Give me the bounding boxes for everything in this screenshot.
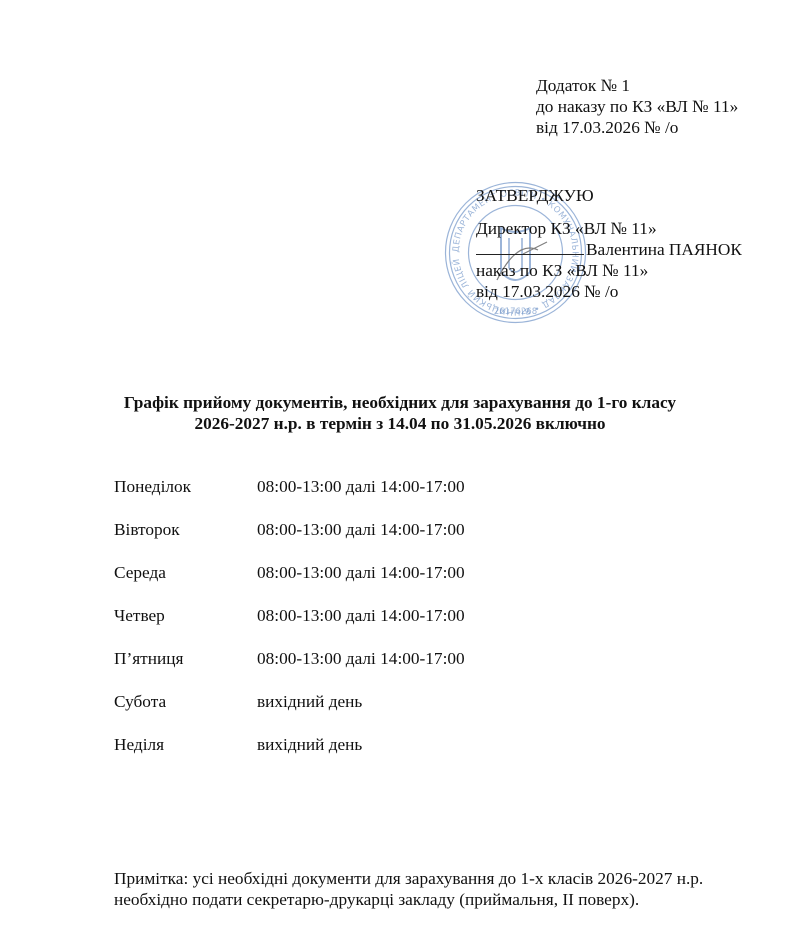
schedule-day: П’ятниця <box>114 649 257 692</box>
schedule-day: Четвер <box>114 606 257 649</box>
approval-heading: ЗАТВЕРДЖУЮ <box>476 185 742 206</box>
schedule-day: Середа <box>114 563 257 606</box>
schedule-hours: 08:00-13:00 далі 14:00-17:00 <box>257 606 465 649</box>
note-line-2: необхідно подати секретарю-друкарці закл… <box>114 889 703 910</box>
title-line-2: 2026-2027 н.р. в термін з 14.04 по 31.05… <box>0 413 800 434</box>
schedule-hours: вихідний день <box>257 692 362 735</box>
schedule-table: Понеділок08:00-13:00 далі 14:00-17:00 Ві… <box>114 477 465 778</box>
schedule-day: Неділя <box>114 735 257 778</box>
document-title: Графік прийому документів, необхідних дл… <box>0 392 800 434</box>
schedule-row: Вівторок08:00-13:00 далі 14:00-17:00 <box>114 520 465 563</box>
schedule-row: Понеділок08:00-13:00 далі 14:00-17:00 <box>114 477 465 520</box>
note-line-1: Примітка: усі необхідні документи для за… <box>114 868 703 889</box>
schedule-hours: 08:00-13:00 далі 14:00-17:00 <box>257 563 465 606</box>
schedule-row: Четвер08:00-13:00 далі 14:00-17:00 <box>114 606 465 649</box>
annex-order-date: від 17.03.2026 № /о <box>536 117 738 138</box>
title-line-1: Графік прийому документів, необхідних дл… <box>0 392 800 413</box>
svg-text:26176268: 26176268 <box>494 307 537 317</box>
schedule-hours: 08:00-13:00 далі 14:00-17:00 <box>257 649 465 692</box>
signature-line <box>476 240 584 255</box>
director-name: Валентина ПАЯНОК <box>586 240 742 259</box>
schedule-hours: 08:00-13:00 далі 14:00-17:00 <box>257 477 465 520</box>
schedule-day: Понеділок <box>114 477 257 520</box>
schedule-row: Середа08:00-13:00 далі 14:00-17:00 <box>114 563 465 606</box>
approval-block: ЗАТВЕРДЖУЮ Директор КЗ «ВЛ № 11» Валенти… <box>476 185 742 302</box>
approval-order-ref: наказ по КЗ «ВЛ № 11» <box>476 260 742 281</box>
annex-order-ref: до наказу по КЗ «ВЛ № 11» <box>536 96 738 117</box>
schedule-row: Неділявихідний день <box>114 735 465 778</box>
director-position: Директор КЗ «ВЛ № 11» <box>476 218 742 239</box>
approval-order-date: від 17.03.2026 № /о <box>476 281 742 302</box>
schedule-day: Субота <box>114 692 257 735</box>
schedule-row: П’ятниця08:00-13:00 далі 14:00-17:00 <box>114 649 465 692</box>
schedule-day: Вівторок <box>114 520 257 563</box>
schedule-hours: вихідний день <box>257 735 362 778</box>
annex-block: Додаток № 1 до наказу по КЗ «ВЛ № 11» ві… <box>536 75 738 138</box>
signature-row: Валентина ПАЯНОК <box>476 239 742 260</box>
annex-number: Додаток № 1 <box>536 75 738 96</box>
schedule-row: Суботавихідний день <box>114 692 465 735</box>
schedule-hours: 08:00-13:00 далі 14:00-17:00 <box>257 520 465 563</box>
note-block: Примітка: усі необхідні документи для за… <box>114 868 703 910</box>
